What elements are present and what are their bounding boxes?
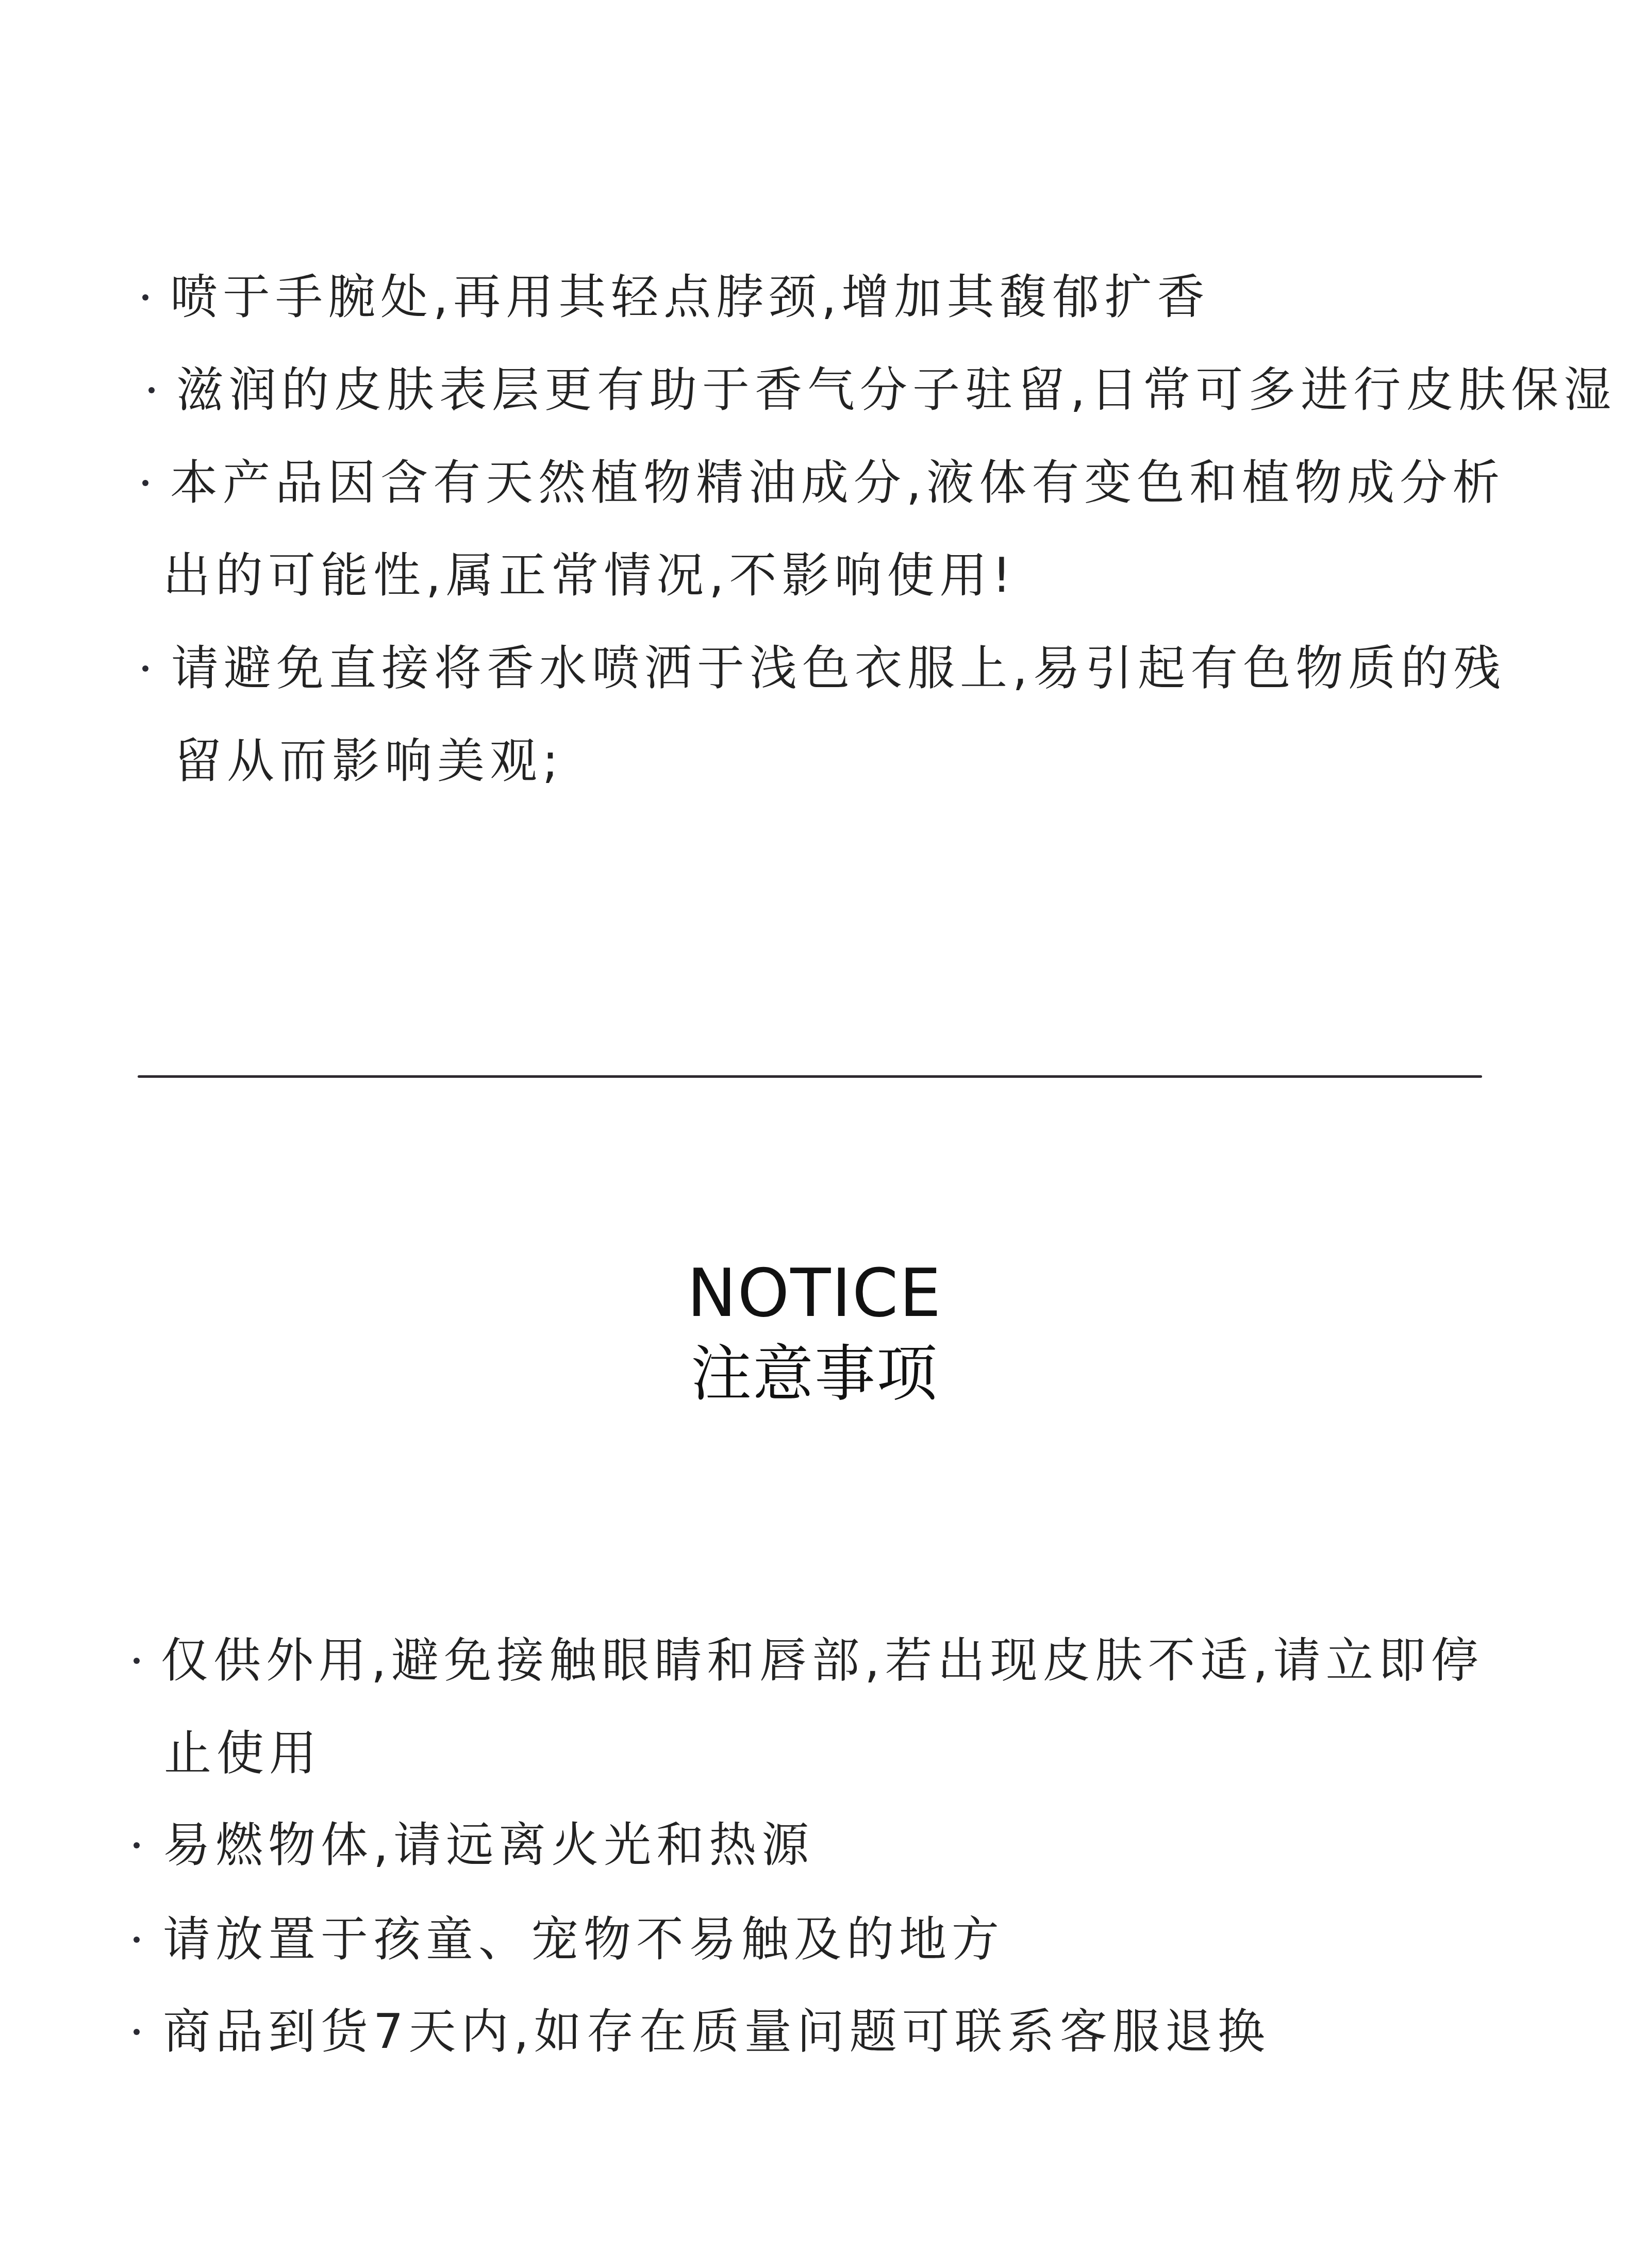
bullet-dot-icon — [142, 665, 148, 672]
usage-tip-1-line-1: 喷于手腕处,再用其轻点脖颈,增加其馥郁扩香 — [170, 251, 1210, 344]
bullet-dot-icon — [148, 387, 155, 393]
usage-tip-3-line-2: 出的可能性,属正常情况,不影响使用! — [163, 529, 1016, 622]
notice-item-1-line-1: 仅供外用,避免接触眼睛和唇部,若出现皮肤不适,请立即停 — [161, 1614, 1484, 1707]
bullet-dot-icon — [134, 1842, 140, 1848]
usage-tip-2-line-1: 滋润的皮肤表层更有助于香气分子驻留,日常可多进行皮肤保湿 — [176, 344, 1616, 437]
notice-item-2-line-1: 易燃物体,请远离火光和热源 — [163, 1799, 814, 1892]
usage-tip-4-line-2: 留从而影响美观; — [174, 715, 563, 808]
notice-item-1-line-2: 止使用 — [164, 1707, 322, 1800]
bullet-dot-icon — [142, 294, 148, 301]
bullet-dot-icon — [134, 1658, 140, 1664]
bullet-dot-icon — [142, 480, 148, 486]
bullet-dot-icon — [134, 2029, 140, 2035]
usage-tip-4-line-1: 请避免直接将香水喷洒于浅色衣服上,易引起有色物质的残 — [171, 622, 1506, 715]
notice-title-zh: 注意事项 — [0, 1335, 1629, 1412]
notice-item-3-line-1: 请放置于孩童、宠物不易触及的地方 — [163, 1893, 1004, 1986]
usage-tip-3-line-1: 本产品因含有天然植物精油成分,液体有变色和植物成分析 — [170, 437, 1505, 529]
notice-item-4-line-1: 商品到货7天内,如存在质量问题可联系客服退换 — [163, 1986, 1270, 2078]
notice-title-en: NOTICE — [0, 1247, 1629, 1340]
section-divider — [138, 1075, 1482, 1078]
bullet-dot-icon — [134, 1937, 140, 1943]
